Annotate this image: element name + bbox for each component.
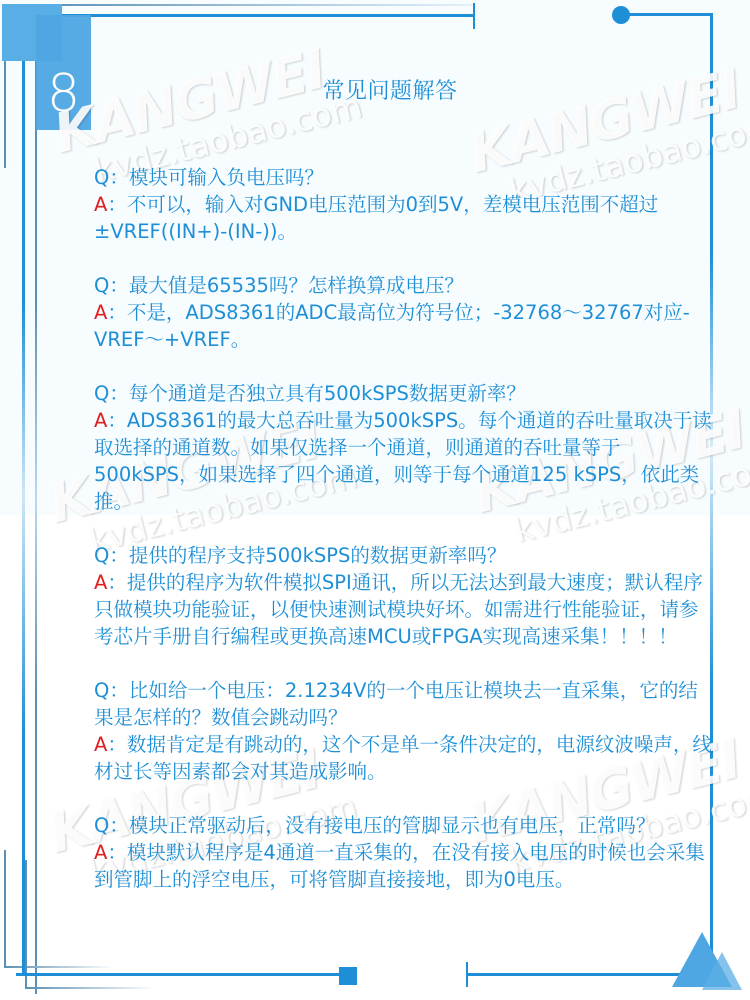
- faq-question: Q：模块可输入负电压吗？: [94, 164, 714, 191]
- decorative-triangle-small: [702, 952, 742, 990]
- faq-list: Q：模块可输入负电压吗？ A：不可以，输入对GND电压范围为0到5V，差模电压范…: [94, 164, 714, 920]
- faq-item: Q：最大值是65535吗？怎样换算成电压？ A：不是，ADS8361的ADC最高…: [94, 272, 714, 353]
- faq-question: Q：每个通道是否独立具有500kSPS数据更新率？: [94, 380, 714, 407]
- decorative-dot: [612, 6, 630, 24]
- faq-answer: A：不是，ADS8361的ADC最高位为符号位；-32768～32767对应-V…: [94, 299, 714, 353]
- faq-question: Q：比如给一个电压：2.1234V的一个电压让模块去一直采集，它的结果是怎样的？…: [94, 677, 714, 731]
- decorative-square-bottom: [339, 967, 357, 985]
- faq-answer: A：数据肯定是有跳动的，这个不是单一条件决定的，电源纹波噪声，线材过长等因素都会…: [94, 731, 714, 785]
- faq-item: Q：每个通道是否独立具有500kSPS数据更新率？ A：ADS8361的最大总吞…: [94, 380, 714, 515]
- faq-question: Q：模块正常驱动后，没有接电压的管脚显示也有电压，正常吗？: [94, 812, 714, 839]
- faq-question: Q：最大值是65535吗？怎样换算成电压？: [94, 272, 714, 299]
- faq-question: Q：提供的程序支持500kSPS的数据更新率吗？: [94, 542, 714, 569]
- faq-item: Q：模块正常驱动后，没有接电压的管脚显示也有电压，正常吗？ A：模块默认程序是4…: [94, 812, 714, 893]
- faq-item: Q：提供的程序支持500kSPS的数据更新率吗？ A：提供的程序为软件模拟SPI…: [94, 542, 714, 650]
- faq-item: Q：模块可输入负电压吗？ A：不可以，输入对GND电压范围为0到5V，差模电压范…: [94, 164, 714, 245]
- faq-answer: A：不可以，输入对GND电压范围为0到5V，差模电压范围不超过±VREF((IN…: [94, 191, 714, 245]
- faq-answer: A：模块默认程序是4通道一直采集的，在没有接入电压的时候也会采集到管脚上的浮空电…: [94, 839, 714, 893]
- section-number: 8: [36, 64, 91, 124]
- faq-answer: A：提供的程序为软件模拟SPI通讯，所以无法达到最大速度；默认程序只做模块功能验…: [94, 569, 714, 650]
- faq-answer: A：ADS8361的最大总吞吐量为500kSPS。每个通道的吞吐量取决于读取选择…: [94, 407, 714, 515]
- faq-item: Q：比如给一个电压：2.1234V的一个电压让模块去一直采集，它的结果是怎样的？…: [94, 677, 714, 785]
- page-title: 常见问题解答: [300, 76, 480, 108]
